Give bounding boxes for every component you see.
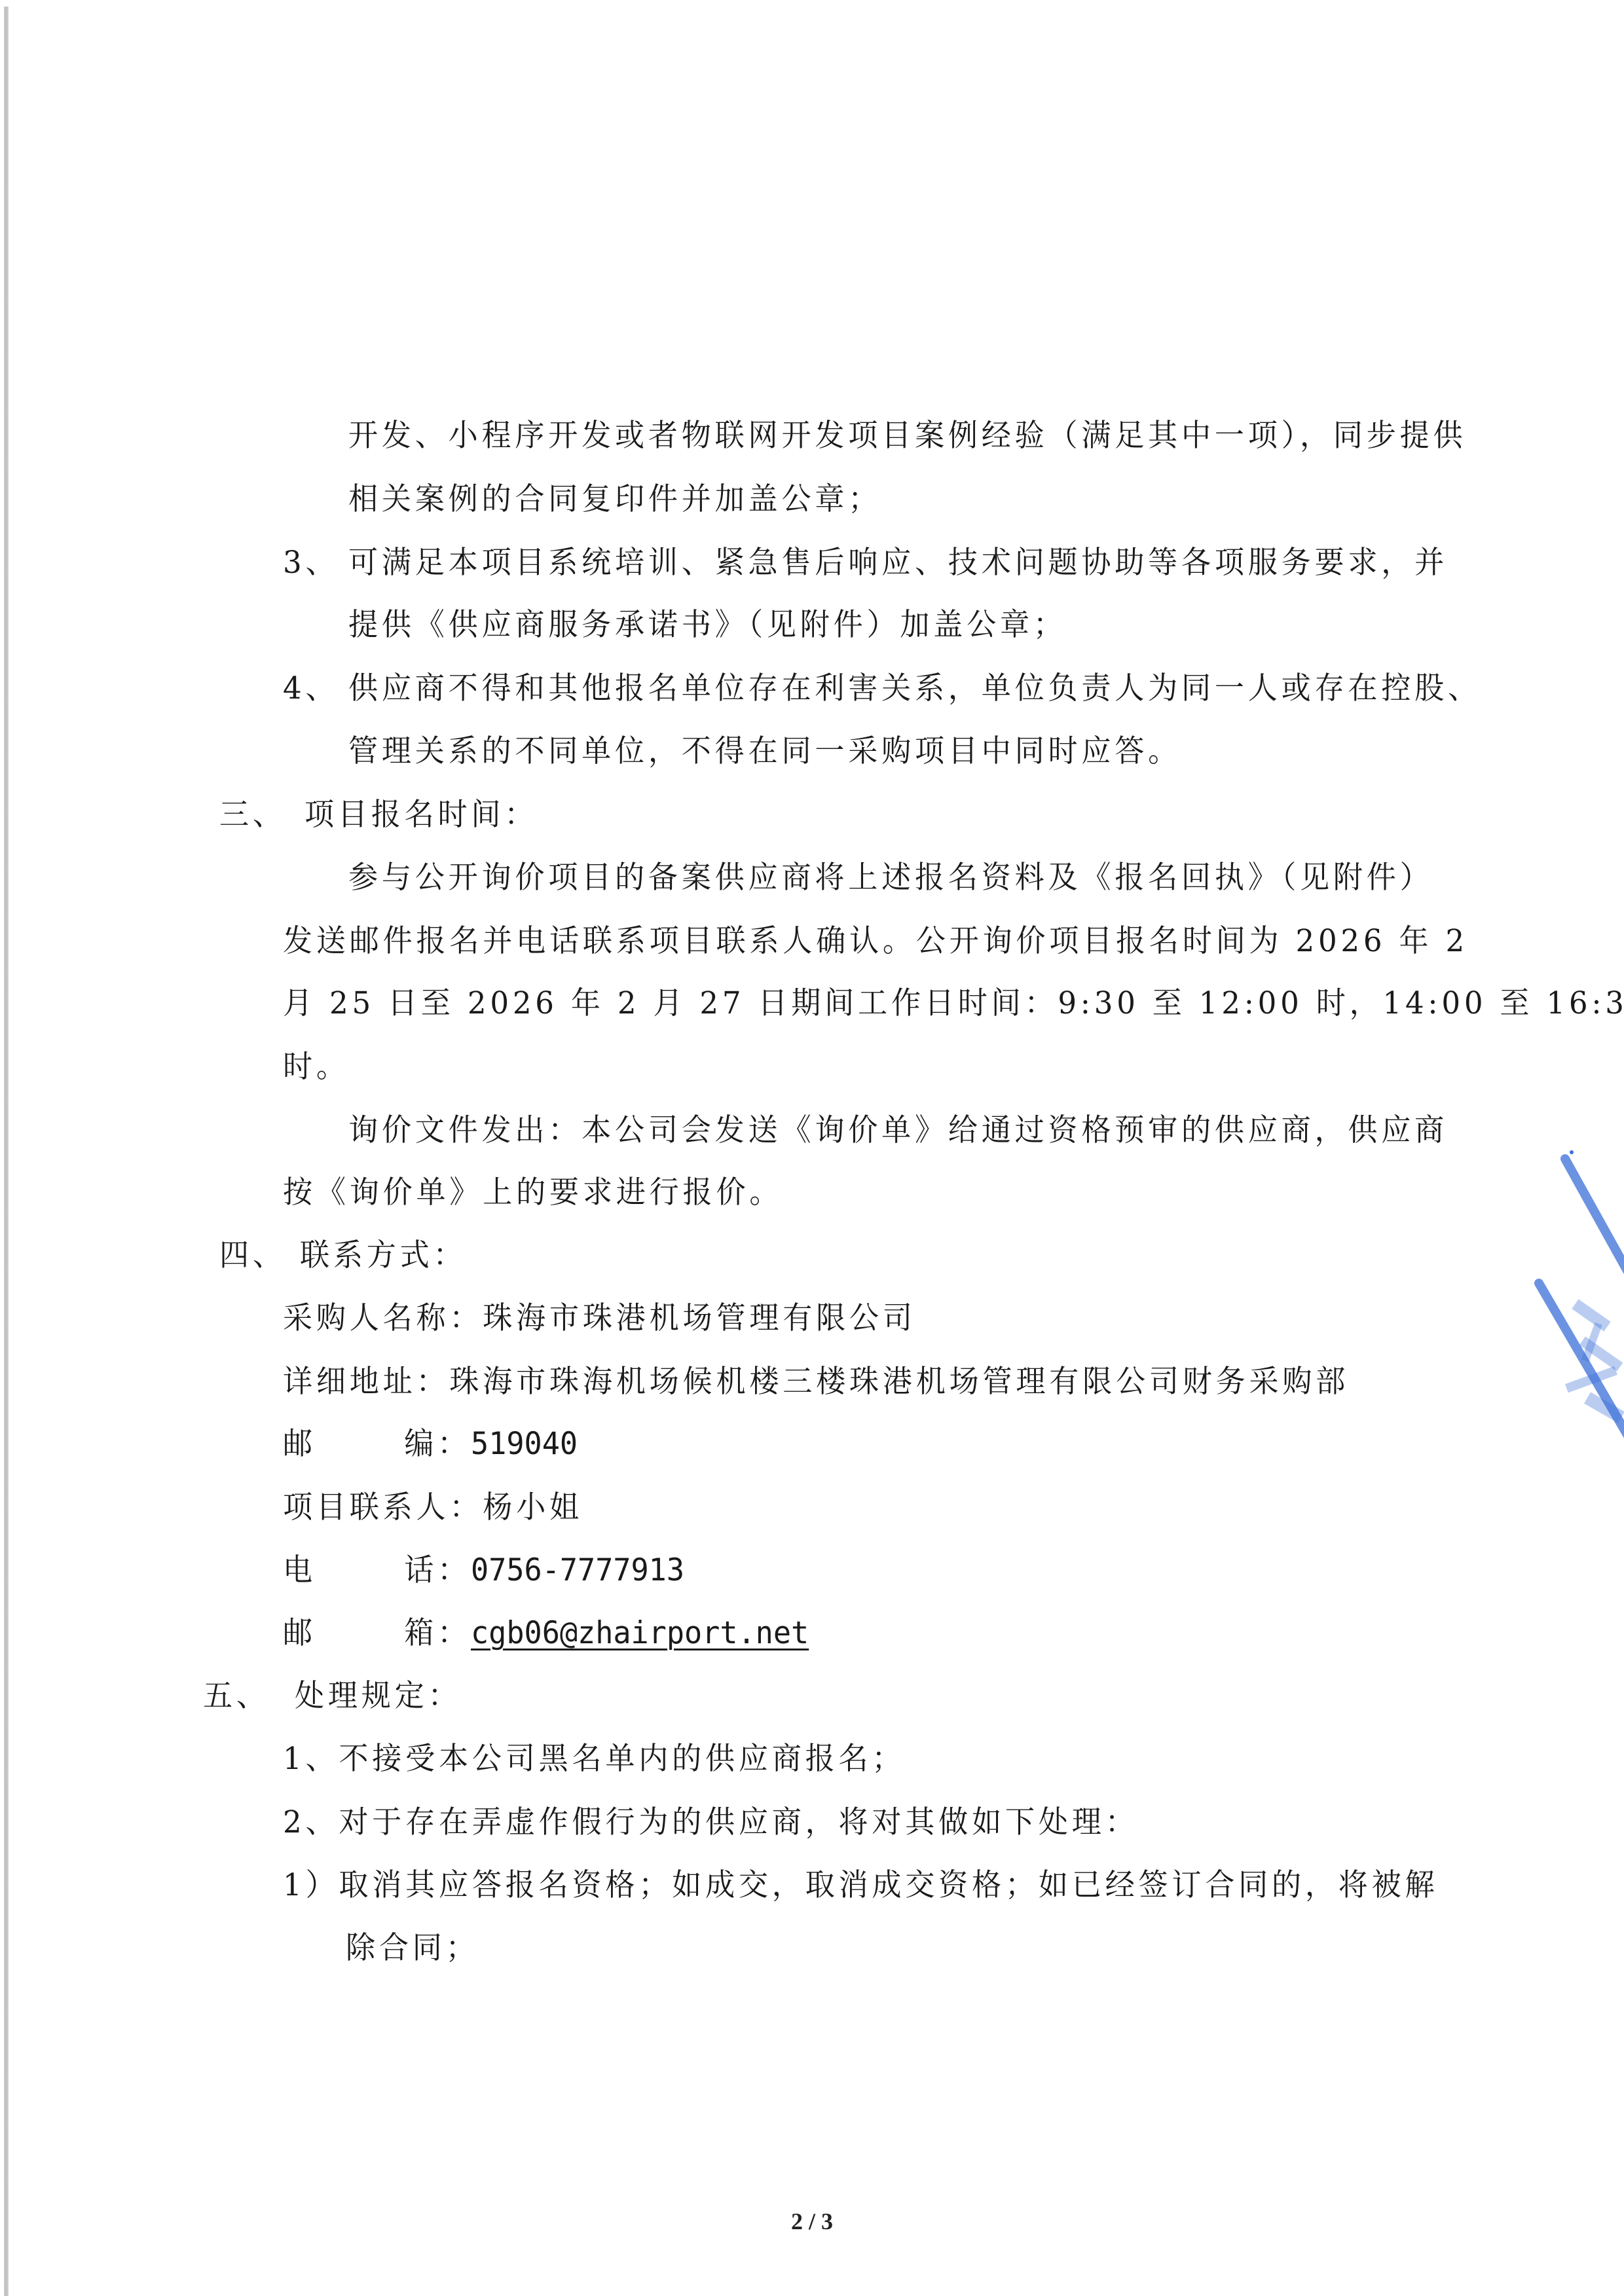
official-seal-stamp bbox=[1526, 1113, 1624, 1611]
contact-person-value: 杨小姐 bbox=[483, 1489, 583, 1525]
contact-email: 邮箱：cgb06@zhairport.net bbox=[283, 1614, 809, 1653]
requirement-3-line1: 可满足本项目系统培训、紧急售后响应、技术问题协助等各项服务要求，并 bbox=[348, 543, 1386, 583]
section5-item-1: 1、不接受本公司黑名单内的供应商报名； bbox=[283, 1740, 905, 1779]
section5-subitem-line2: 除合同； bbox=[346, 1929, 479, 1968]
contact-address-label: 详细地址： bbox=[283, 1364, 449, 1400]
item2-continuation-line2: 相关案例的合同复印件并加盖公章； bbox=[348, 480, 881, 519]
requirement-4-number: 4、 bbox=[283, 669, 339, 708]
section4-title: 联系方式： bbox=[300, 1236, 466, 1275]
contact-person-label: 项目联系人： bbox=[283, 1489, 483, 1525]
item2-continuation-line1: 开发、小程序开发或者物联网开发项目案例经验（满足其中一项），同步提供 bbox=[348, 416, 1386, 456]
section3-para1-line1: 参与公开询价项目的备案供应商将上述报名资料及《报名回执》（见附件） bbox=[348, 858, 1386, 898]
section4-number: 四、 bbox=[219, 1236, 286, 1275]
contact-phone-value: 0756-7777913 bbox=[471, 1552, 684, 1588]
contact-person: 项目联系人：杨小姐 bbox=[283, 1488, 583, 1527]
page-number: 2 / 3 bbox=[0, 2208, 1624, 2235]
section3-number: 三、 bbox=[219, 795, 286, 835]
contact-email-label-a: 邮 bbox=[283, 1615, 316, 1651]
scan-edge-shadow bbox=[4, 7, 9, 2296]
contact-purchaser-value: 珠海市珠港机场管理有限公司 bbox=[483, 1300, 915, 1336]
contact-postcode: 邮编：519040 bbox=[283, 1425, 578, 1464]
section5-title: 处理规定： bbox=[295, 1677, 461, 1716]
requirement-4-line1: 供应商不得和其他报名单位存在利害关系，单位负责人为同一人或存在控股、 bbox=[348, 669, 1386, 708]
section3-para1-line4: 时。 bbox=[283, 1048, 350, 1087]
contact-postcode-value: 519040 bbox=[471, 1426, 578, 1462]
section3-para1-line3: 月 25 日至 2026 年 2 月 27 日期间工作日时间：9:30 至 12… bbox=[283, 984, 1383, 1023]
requirement-4-line2: 管理关系的不同单位，不得在同一采购项目中同时应答。 bbox=[348, 732, 1181, 771]
contact-postcode-label-a: 邮 bbox=[283, 1426, 316, 1462]
contact-phone: 电话：0756-7777913 bbox=[283, 1551, 684, 1590]
contact-email-link[interactable]: cgb06@zhairport.net bbox=[471, 1615, 809, 1651]
section3-para2-line1: 询价文件发出：本公司会发送《询价单》给通过资格预审的供应商，供应商 bbox=[348, 1111, 1386, 1150]
section3-para2-line2: 按《询价单》上的要求进行报价。 bbox=[283, 1173, 783, 1212]
contact-address: 详细地址：珠海市珠海机场候机楼三楼珠港机场管理有限公司财务采购部 bbox=[283, 1362, 1349, 1402]
requirement-3-number: 3、 bbox=[283, 543, 339, 583]
section5-number: 五、 bbox=[203, 1677, 270, 1716]
contact-phone-label-a: 电 bbox=[283, 1552, 316, 1588]
contact-postcode-label-b: 编： bbox=[404, 1426, 471, 1462]
contact-purchaser: 采购人名称：珠海市珠港机场管理有限公司 bbox=[283, 1299, 916, 1338]
requirement-3-line2: 提供《供应商服务承诺书》（见附件）加盖公章； bbox=[348, 606, 1067, 645]
section5-subitem-line1: 1）取消其应答报名资格；如成交，取消成交资格；如已经签订合同的，将被解 bbox=[283, 1866, 1383, 1905]
contact-address-value: 珠海市珠海机场候机楼三楼珠港机场管理有限公司财务采购部 bbox=[449, 1364, 1349, 1400]
contact-phone-label-b: 话： bbox=[404, 1552, 471, 1588]
section3-title: 项目报名时间： bbox=[304, 795, 538, 835]
section5-item-2: 2、对于存在弄虚作假行为的供应商，将对其做如下处理： bbox=[283, 1803, 1138, 1842]
section3-para1-line2: 发送邮件报名并电话联系项目联系人确认。公开询价项目报名时间为 2026 年 2 bbox=[283, 922, 1383, 961]
contact-email-label-b: 箱： bbox=[404, 1615, 471, 1651]
contact-purchaser-label: 采购人名称： bbox=[283, 1300, 483, 1336]
